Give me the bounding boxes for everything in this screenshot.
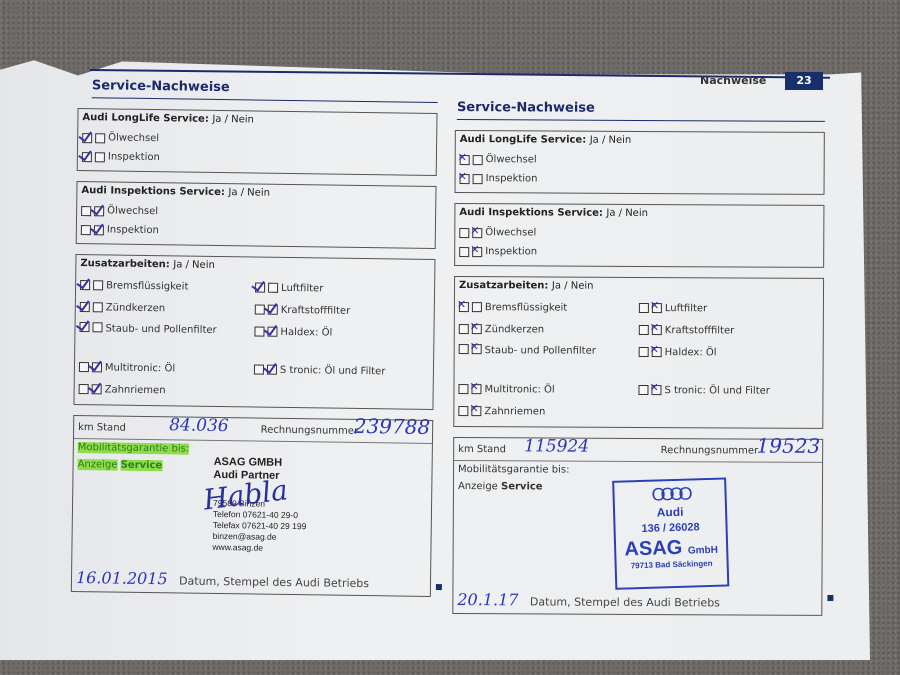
- date-handwritten: 20.1.17: [457, 590, 518, 609]
- item-label: Inspektion: [486, 173, 538, 184]
- item-label: S tronic: Öl und Filter: [280, 364, 386, 376]
- checklist-item: Zahnriemen: [79, 378, 254, 402]
- nein-checkbox[interactable]: [94, 225, 104, 235]
- corner-marker: [436, 584, 442, 590]
- additional-work-box: Zusatzarbeiten: Ja / Nein Bremsflüssigke…: [73, 254, 435, 410]
- nein-checkbox[interactable]: [93, 280, 103, 290]
- nein-checkbox[interactable]: [267, 365, 277, 375]
- checklist-item: S tronic: Öl und Filter: [254, 358, 429, 382]
- checklist-item: Zündkerzen: [80, 296, 255, 320]
- invoice-label: Rechnungsnummer: [261, 424, 359, 436]
- inspection-heading: Audi Inspektions Service: Ja / Nein: [81, 185, 431, 201]
- item-label: Zündkerzen: [485, 324, 544, 335]
- item-label: Haldex: Öl: [280, 326, 332, 338]
- page-number: 23: [785, 72, 823, 90]
- item-label: Staub- und Pollenfilter: [105, 322, 216, 338]
- item-label: Ölwechsel: [107, 205, 158, 217]
- date-handwritten: 16.01.2015: [76, 568, 168, 588]
- checklist-item: Ölwechsel: [460, 150, 820, 171]
- checklist-item: Haldex: Öl: [639, 341, 819, 364]
- item-label: Inspektion: [485, 246, 537, 257]
- nein-checkbox[interactable]: [94, 206, 104, 216]
- ja-checkbox[interactable]: [255, 304, 265, 314]
- nein-checkbox[interactable]: [471, 406, 481, 416]
- longlife-heading: Audi LongLife Service: Ja / Nein: [82, 112, 432, 128]
- nein-checkbox[interactable]: [652, 325, 662, 335]
- ja-checkbox[interactable]: [459, 228, 469, 238]
- checklist-item: Haldex: Öl: [254, 320, 429, 344]
- ja-checkbox[interactable]: [639, 325, 649, 335]
- additional-work-box: Zusatzarbeiten: Ja / Nein Bremsflüssigke…: [453, 276, 824, 429]
- km-value: 115924: [524, 436, 589, 456]
- ja-checkbox[interactable]: [254, 364, 264, 374]
- nein-checkbox[interactable]: [95, 152, 105, 162]
- mileage-record-box: km Stand 115924 Rechnungsnummer 19523 Mo…: [452, 437, 823, 616]
- ja-checkbox[interactable]: [80, 302, 90, 312]
- ja-checkbox[interactable]: [82, 133, 92, 143]
- km-value: 84.036: [169, 415, 229, 436]
- section-title: Service-Nachweise: [92, 78, 438, 103]
- section-nav-label: Nachweise: [700, 74, 766, 87]
- inspection-box: Audi Inspektions Service: Ja / Nein Ölwe…: [76, 181, 437, 249]
- invoice-value: 239788: [354, 414, 431, 439]
- checklist-item: Multitronic: Öl: [79, 356, 254, 380]
- item-label: Luftfilter: [281, 282, 323, 294]
- mileage-record-box: km Stand 84.036 Rechnungsnummer 239788 M…: [71, 415, 433, 597]
- ja-checkbox[interactable]: [459, 247, 469, 257]
- checklist-item: Luftfilter: [639, 297, 819, 320]
- ja-checkbox[interactable]: [459, 302, 469, 312]
- checklist-item: Kraftstofffilter: [639, 319, 819, 342]
- ja-checkbox[interactable]: [460, 174, 470, 184]
- right-service-record: Service-Nachweise Audi LongLife Service:…: [452, 100, 825, 626]
- checklist-item: Staub- und Pollenfilter: [79, 318, 255, 358]
- checklist-item: Luftfilter: [255, 276, 430, 300]
- inspection-heading: Audi Inspektions Service: Ja / Nein: [459, 207, 819, 220]
- ja-checkbox[interactable]: [79, 384, 89, 394]
- checklist-item: Inspektion: [82, 147, 432, 171]
- item-label: Ölwechsel: [486, 154, 537, 165]
- ja-checkbox[interactable]: [79, 362, 89, 372]
- checklist-item: Staub- und Pollenfilter: [459, 340, 639, 379]
- item-label: Zahnriemen: [105, 384, 166, 396]
- date-label: Datum, Stempel des Audi Betriebs: [530, 595, 720, 609]
- ja-checkbox[interactable]: [459, 344, 469, 354]
- item-label: Multitronic: Öl: [105, 362, 175, 374]
- ja-checkbox[interactable]: [458, 406, 468, 416]
- nein-checkbox[interactable]: [92, 362, 102, 372]
- mobility-line: Mobilitätsgarantie bis:: [454, 461, 822, 480]
- nein-checkbox[interactable]: [93, 302, 103, 312]
- checklist-item: Inspektion: [460, 169, 820, 190]
- ja-checkbox[interactable]: [639, 303, 649, 313]
- nein-checkbox[interactable]: [651, 385, 661, 395]
- item-label: Luftfilter: [665, 303, 707, 314]
- date-line: 20.1.17 Datum, Stempel des Audi Betriebs: [457, 590, 817, 611]
- longlife-box: Audi LongLife Service: Ja / Nein Ölwechs…: [455, 130, 825, 195]
- ja-checkbox[interactable]: [458, 384, 468, 394]
- checklist-item: Inspektion: [459, 242, 819, 263]
- additional-work-heading: Zusatzarbeiten: Ja / Nein: [80, 258, 430, 274]
- ja-checkbox[interactable]: [254, 326, 264, 336]
- date-line: 16.01.2015 Datum, Stempel des Audi Betri…: [76, 568, 426, 592]
- ja-checkbox[interactable]: [79, 322, 89, 332]
- nein-checkbox[interactable]: [472, 344, 482, 354]
- ja-checkbox[interactable]: [255, 282, 265, 292]
- checklist-item: Bremsflüssigkeit: [80, 274, 255, 298]
- item-label: Ölwechsel: [108, 132, 159, 144]
- checklist-item: Zahnriemen: [458, 400, 638, 423]
- checklist-item: Kraftstofffilter: [255, 298, 430, 322]
- km-label: km Stand: [78, 422, 126, 434]
- nein-checkbox[interactable]: [92, 384, 102, 394]
- checklist-item: Zündkerzen: [459, 318, 639, 341]
- item-label: Bremsflüssigkeit: [106, 280, 188, 292]
- nein-checkbox[interactable]: [473, 174, 483, 184]
- checklist-item: Inspektion: [81, 220, 431, 244]
- dealer-stamp: ASAG GMBH Audi Partner 79589 Binzen Tele…: [212, 456, 363, 555]
- date-label: Datum, Stempel des Audi Betriebs: [179, 574, 369, 590]
- corner-marker: [827, 595, 833, 601]
- nein-checkbox[interactable]: [268, 305, 278, 315]
- longlife-box: Audi LongLife Service: Ja / Nein Ölwechs…: [77, 108, 438, 176]
- nein-checkbox[interactable]: [472, 324, 482, 334]
- ja-checkbox[interactable]: [639, 347, 649, 357]
- nein-checkbox[interactable]: [471, 384, 481, 394]
- nein-checkbox[interactable]: [472, 302, 482, 312]
- item-label: Haldex: Öl: [665, 347, 717, 358]
- item-label: Zündkerzen: [106, 302, 165, 314]
- item-label: Ölwechsel: [485, 227, 536, 238]
- nein-checkbox[interactable]: [652, 303, 662, 313]
- item-label: S tronic: Öl und Filter: [664, 385, 769, 397]
- item-label: Multitronic: Öl: [484, 384, 554, 395]
- item-label: Zahnriemen: [484, 406, 545, 417]
- nein-checkbox[interactable]: [95, 133, 105, 143]
- item-label: Inspektion: [107, 224, 159, 236]
- nein-checkbox[interactable]: [267, 327, 277, 337]
- longlife-heading: Audi LongLife Service: Ja / Nein: [460, 134, 820, 147]
- nein-checkbox[interactable]: [268, 283, 278, 293]
- nein-checkbox[interactable]: [472, 228, 482, 238]
- checklist-item: Multitronic: Öl: [458, 378, 638, 401]
- left-service-record: Service-Nachweise Audi LongLife Service:…: [71, 78, 438, 607]
- ja-checkbox[interactable]: [82, 152, 92, 162]
- additional-work-heading: Zusatzarbeiten: Ja / Nein: [459, 280, 819, 293]
- item-label: Staub- und Pollenfilter: [485, 344, 596, 359]
- item-label: Inspektion: [108, 151, 160, 163]
- checklist-item: Ölwechsel: [459, 223, 819, 244]
- item-label: Bremsflüssigkeit: [485, 302, 567, 313]
- invoice-label: Rechnungsnummer: [661, 445, 759, 457]
- nein-checkbox[interactable]: [652, 347, 662, 357]
- km-label: km Stand: [458, 444, 506, 455]
- audi-dealer-stamp: OOOO Audi 136 / 26028 ASAG GmbH 79713 Ba…: [612, 477, 729, 589]
- section-title: Service-Nachweise: [457, 100, 825, 122]
- ja-checkbox[interactable]: [459, 324, 469, 334]
- nein-checkbox[interactable]: [92, 322, 102, 332]
- item-label: Kraftstofffilter: [665, 325, 735, 336]
- ja-checkbox[interactable]: [80, 280, 90, 290]
- checklist-item: Bremsflüssigkeit: [459, 296, 639, 319]
- nein-checkbox[interactable]: [472, 247, 482, 257]
- ja-checkbox[interactable]: [460, 155, 470, 165]
- km-invoice-row: km Stand 115924 Rechnungsnummer 19523: [454, 438, 822, 463]
- ja-checkbox[interactable]: [638, 385, 648, 395]
- nein-checkbox[interactable]: [473, 155, 483, 165]
- inspection-box: Audi Inspektions Service: Ja / Nein Ölwe…: [454, 203, 824, 268]
- invoice-value: 19523: [757, 434, 821, 458]
- checklist-item: S tronic: Öl und Filter: [638, 379, 818, 402]
- item-label: Kraftstofffilter: [281, 304, 351, 316]
